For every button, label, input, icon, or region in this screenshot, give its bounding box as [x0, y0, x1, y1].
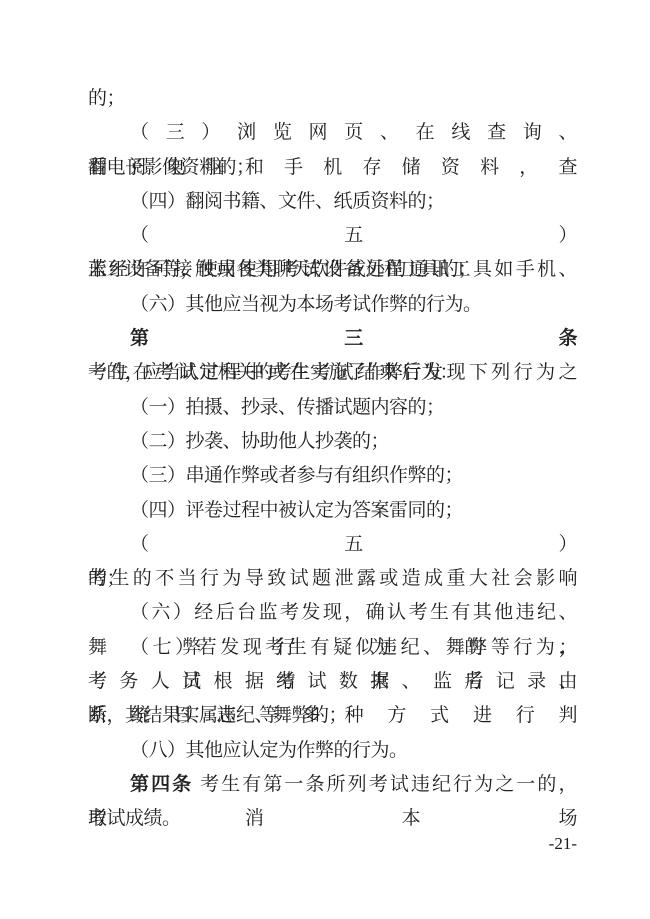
- text-segment: （四）翻阅书籍、文件、纸质资料的；: [130, 191, 445, 212]
- text-segment: 一的，应当认定相关的考生实施了作弊行为：: [88, 362, 458, 383]
- text-line: （五）考生的不当行为导致试题泄露或造成重大社会影响: [88, 528, 577, 562]
- text-segment: （五）考生的不当行为导致试题泄露或造成重大社会影响: [88, 534, 577, 589]
- text-line: （一）拍摄、抄录、传播试题内容的；: [88, 391, 577, 425]
- text-segment: 的；: [88, 88, 125, 109]
- document-body: 的；（三）浏览网页、在线查询、翻阅电脑和手机存储资料，查看电子影像资料的；（四）…: [88, 82, 577, 837]
- text-segment: （八）其他应认定为作弊的行为。: [130, 740, 408, 761]
- text-segment: 看电子影像资料的；: [88, 157, 255, 178]
- text-segment: 考试成绩。: [88, 808, 181, 829]
- text-line: （四）翻阅书籍、文件、纸质资料的；: [88, 185, 577, 219]
- text-line: （四）评卷过程中被认定为答案雷同的；: [88, 494, 577, 528]
- text-line: 考务人员根据考试数据、监考记录、系统日志等多种方式进行判: [88, 665, 577, 699]
- text-segment: （四）评卷过程中被认定为答案雷同的；: [130, 500, 463, 521]
- text-segment: 的；: [88, 568, 125, 589]
- text-line: （二）抄袭、协助他人抄袭的；: [88, 425, 577, 459]
- article-number: 第四条: [130, 774, 193, 795]
- text-line: （六）其他应当视为本场考试作弊的行为。: [88, 288, 577, 322]
- text-segment: （二）抄袭、协助他人抄袭的；: [130, 431, 389, 452]
- text-line: （八）其他应认定为作弊的行为。: [88, 734, 577, 768]
- text-line: （三）串通作弊或者参与有组织作弊的；: [88, 459, 577, 493]
- text-line: 第四条 考生有第一条所列考试违纪行为之一的，取消本场: [88, 768, 577, 802]
- text-line: 第三条 考生在考试过程中或在考试结束后发现下列行为之: [88, 322, 577, 356]
- page-number: -21-: [88, 834, 577, 854]
- text-segment: （一）拍摄、抄录、传播试题内容的；: [130, 397, 445, 418]
- text-line: （七）若发现考生有疑似违纪、舞弊等行为，考试结束后由: [88, 631, 577, 665]
- text-line: （三）浏览网页、在线查询、翻阅电脑和手机存储资料，查: [88, 116, 577, 150]
- text-line: （六）经后台监考发现，确认考生有其他违纪、舞弊行为的；: [88, 596, 577, 630]
- document-page: 的；（三）浏览网页、在线查询、翻阅电脑和手机存储资料，查看电子影像资料的；（四）…: [0, 0, 650, 919]
- text-segment: （六）其他应当视为本场考试作弊的行为。: [130, 294, 482, 315]
- text-segment: 断，其结果实属违纪、舞弊的；: [88, 705, 347, 726]
- text-line: （五）未经许可接触或使用考试设备外的通讯工具如手机、: [88, 219, 577, 253]
- article-number: 第三条: [130, 328, 577, 349]
- text-segment: 蓝牙设备等，使用各类聊天软件或远程工具的；: [88, 259, 477, 280]
- text-segment: （三）串通作弊或者参与有组织作弊的；: [130, 465, 463, 486]
- text-line: 的；: [88, 82, 577, 116]
